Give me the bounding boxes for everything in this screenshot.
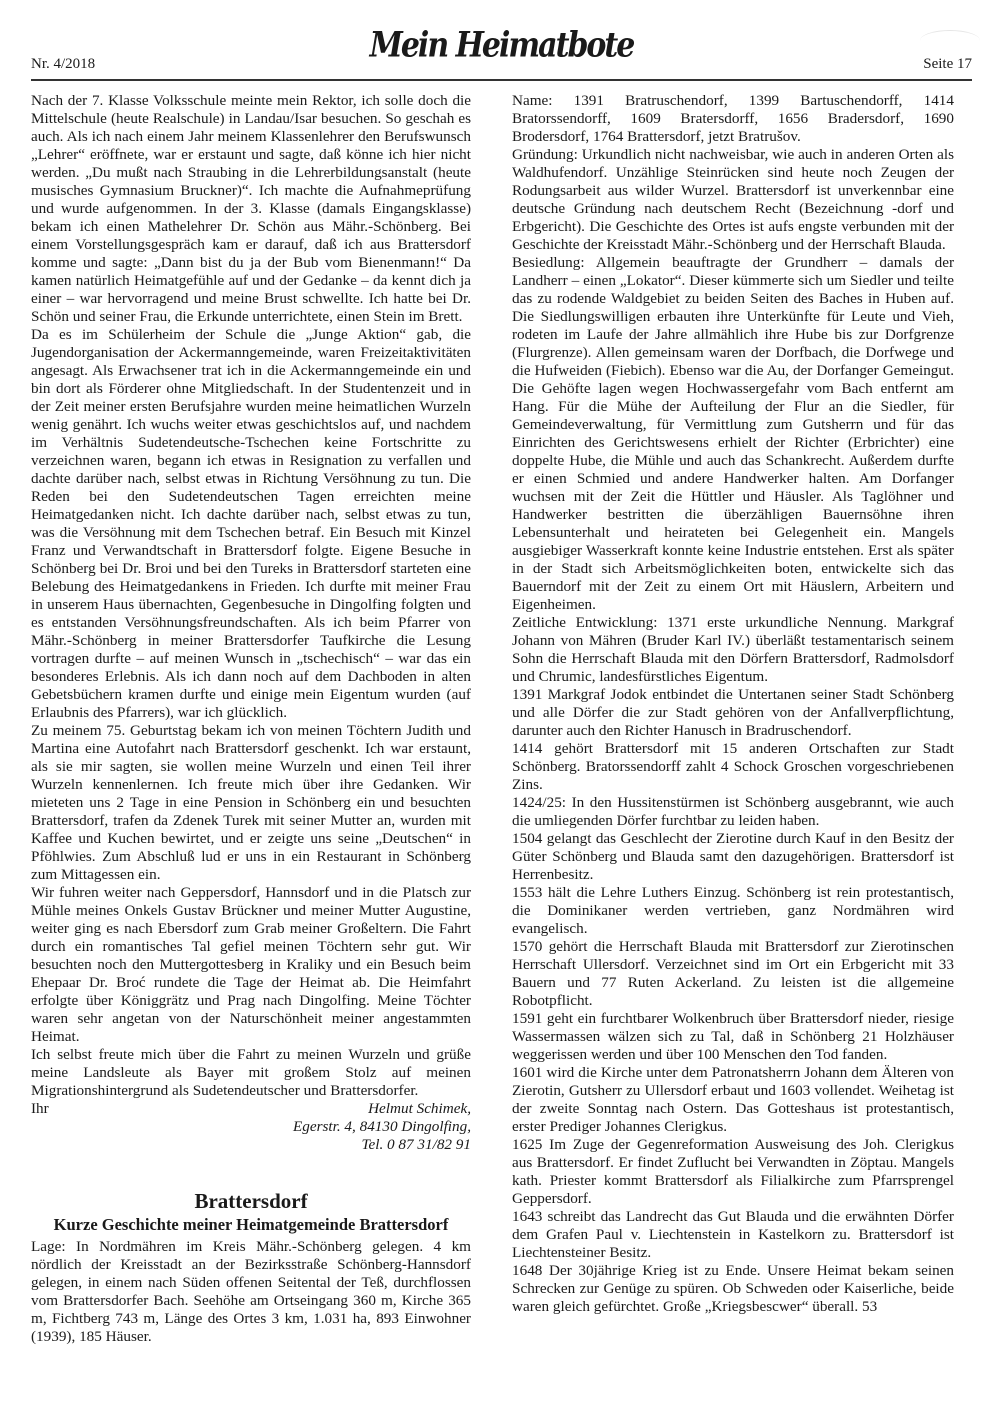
paragraph: 1570 gehört die Herrschaft Blauda mit Br…	[512, 938, 954, 1010]
paragraph: 1601 wird die Kirche unter dem Patronats…	[512, 1064, 954, 1136]
paragraph: 1414 gehört Brattersdorf mit 15 anderen …	[512, 740, 954, 794]
paragraph: Zu meinem 75. Geburtstag bekam ich von m…	[31, 722, 471, 884]
paragraph: Besiedlung: Allgemein beauftragte der Gr…	[512, 254, 954, 614]
paragraph: Ich selbst freute mich über die Fahrt zu…	[31, 1046, 471, 1100]
paragraph: Zeitliche Entwicklung: 1371 erste urkund…	[512, 614, 954, 686]
salutation: Ihr	[31, 1100, 49, 1118]
paragraph: Nach der 7. Klasse Volksschule meinte me…	[31, 92, 471, 326]
paragraph: 1591 geht ein furchtbarer Wolkenbruch üb…	[512, 1010, 954, 1064]
right-column: Name: 1391 Bratruschendorf, 1399 Bartusc…	[512, 92, 954, 1316]
paragraph: 1504 gelangt das Geschlecht der Zierotin…	[512, 830, 954, 884]
paragraph: 1625 Im Zuge der Gegenreformation Auswei…	[512, 1136, 954, 1208]
left-column: Nach der 7. Klasse Volksschule meinte me…	[31, 92, 471, 1346]
masthead-logo: Mein Heimatbote	[31, 25, 972, 65]
paragraph: Gründung: Urkundlich nicht nachweisbar, …	[512, 146, 954, 254]
scan-artifact	[920, 30, 980, 51]
author-phone: Tel. 0 87 31/82 91	[31, 1136, 471, 1154]
author-address: Egerstr. 4, 84130 Dingolfing,	[31, 1118, 471, 1136]
paragraph: Wir fuhren weiter nach Geppersdorf, Hann…	[31, 884, 471, 1046]
paragraph: Name: 1391 Bratruschendorf, 1399 Bartusc…	[512, 92, 954, 146]
paragraph: 1553 hält die Lehre Luthers Einzug. Schö…	[512, 884, 954, 938]
signature-block: Ihr Helmut Schimek,	[31, 1100, 471, 1118]
page-number: Seite 17	[923, 56, 972, 73]
author-name: Helmut Schimek,	[368, 1100, 471, 1118]
page-header: Nr. 4/2018 Mein Heimatbote Seite 17	[31, 28, 972, 78]
header-rule	[31, 79, 972, 81]
paragraph: Da es im Schülerheim der Schule die „Jun…	[31, 326, 471, 722]
section-subtitle: Kurze Geschichte meiner Heimatgemeinde B…	[31, 1214, 471, 1236]
paragraph: 1424/25: In den Hussitenstürmen ist Schö…	[512, 794, 954, 830]
paragraph: 1391 Markgraf Jodok entbindet die Untert…	[512, 686, 954, 740]
paragraph: 1643 schreibt das Landrecht das Gut Blau…	[512, 1208, 954, 1262]
section-title: Brattersdorf	[31, 1188, 471, 1214]
paragraph: 1648 Der 30jährige Krieg ist zu Ende. Un…	[512, 1262, 954, 1316]
paragraph: Lage: In Nordmähren im Kreis Mähr.-Schön…	[31, 1238, 471, 1346]
